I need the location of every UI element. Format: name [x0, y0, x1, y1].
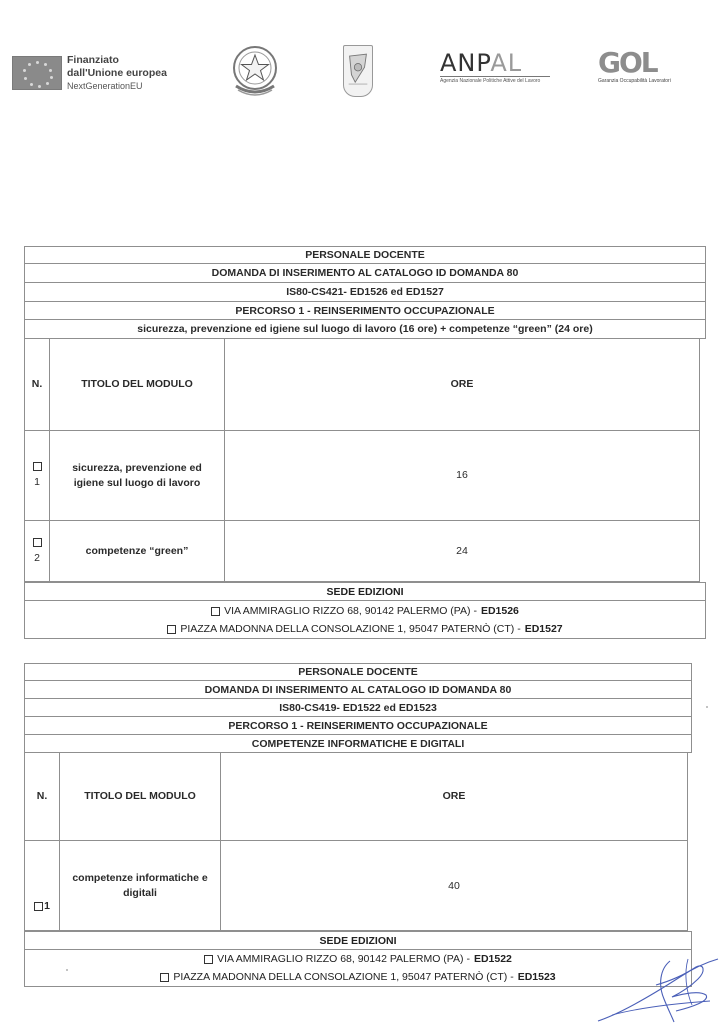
table1-address-palermo: VIA AMMIRAGLIO RIZZO 68, 90142 PALERMO (… — [25, 602, 705, 620]
table1-address-paterno-edition: ED1527 — [525, 623, 563, 635]
gol-subtitle: Garanzia Occupabilità Lavoratori — [598, 78, 678, 84]
table1-header-percorso: PERCORSO 1 - REINSERIMENTO OCCUPAZIONALE — [24, 302, 706, 320]
table1-row1-checkbox[interactable] — [33, 462, 42, 471]
table1-sede-edizioni: SEDE EDIZIONI VIA AMMIRAGLIO RIZZO 68, 9… — [24, 582, 706, 639]
table2-row1-titolo: competenze informatiche e digitali — [60, 841, 221, 931]
table1-row1-ore: 16 — [225, 431, 699, 521]
table2-col-n: N. — [25, 753, 60, 841]
table2-col-ore: ORE — [221, 753, 687, 841]
table2-row1-number: 1 — [25, 841, 60, 931]
table1-row2-number: 2 — [25, 521, 50, 582]
table1-row2-n: 2 — [34, 551, 40, 566]
table1-address-palermo-text: VIA AMMIRAGLIO RIZZO 68, 90142 PALERMO (… — [224, 605, 477, 617]
table2-header-domanda: DOMANDA DI INSERIMENTO AL CATALOGO ID DO… — [24, 681, 692, 699]
table-domanda-cs419: PERSONALE DOCENTE DOMANDA DI INSERIMENTO… — [24, 663, 692, 987]
table1-header-personale: PERSONALE DOCENTE — [24, 246, 706, 264]
eu-line-3: NextGenerationEU — [67, 80, 167, 93]
table2-col-titolo: TITOLO DEL MODULO — [60, 753, 221, 841]
table2-header-subject: COMPETENZE INFORMATICHE E DIGITALI — [24, 735, 692, 753]
table1-address-paterno: PIAZZA MADONNA DELLA CONSOLAZIONE 1, 950… — [25, 620, 705, 638]
logo-header: Finanziato dall'Unione europea NextGener… — [0, 0, 724, 110]
table2-header-percorso: PERCORSO 1 - REINSERIMENTO OCCUPAZIONALE — [24, 717, 692, 735]
table2-modules-grid: N. TITOLO DEL MODULO ORE 1 competenze in… — [24, 753, 688, 931]
table1-row2-titolo: competenze “green” — [50, 521, 225, 582]
table1-row2-ore: 24 — [225, 521, 699, 582]
table1-col-n: N. — [25, 339, 50, 431]
anpal-word-a: ANP — [440, 49, 490, 77]
table1-row1-titolo: sicurezza, prevenzione ed igiene sul luo… — [50, 431, 225, 521]
table1-row2-checkbox[interactable] — [33, 538, 42, 547]
anpal-logo: ANPAL Agenzia Nazionale Politiche Attive… — [440, 50, 550, 90]
sicily-region-emblem-icon — [343, 45, 373, 97]
scan-speck — [66, 969, 68, 971]
table1-col-ore: ORE — [225, 339, 699, 431]
italian-republic-emblem-icon — [228, 42, 282, 98]
table2-address-palermo-text: VIA AMMIRAGLIO RIZZO 68, 90142 PALERMO (… — [217, 953, 470, 965]
table1-header-domanda: DOMANDA DI INSERIMENTO AL CATALOGO ID DO… — [24, 264, 706, 283]
table1-address-paterno-checkbox[interactable] — [167, 625, 176, 634]
gol-logo: GOL Garanzia Occupabilità Lavoratori — [598, 48, 678, 92]
signature-icon — [592, 955, 724, 1024]
table2-header-code: IS80-CS419- ED1522 ed ED1523 — [24, 699, 692, 717]
table2-address-paterno-text: PIAZZA MADONNA DELLA CONSOLAZIONE 1, 950… — [173, 971, 513, 983]
table2-row1-ore: 40 — [221, 841, 687, 931]
table2-header-personale: PERSONALE DOCENTE — [24, 663, 692, 681]
scan-speck — [706, 706, 708, 708]
table2-address-palermo-checkbox[interactable] — [204, 955, 213, 964]
table2-address-paterno-checkbox[interactable] — [160, 973, 169, 982]
anpal-word-b: AL — [490, 49, 522, 77]
table1-col-titolo: TITOLO DEL MODULO — [50, 339, 225, 431]
table2-row1-checkbox[interactable] — [34, 902, 43, 911]
table1-header-subject: sicurezza, prevenzione ed igiene sul luo… — [24, 320, 706, 339]
table2-sede-title: SEDE EDIZIONI — [25, 932, 691, 950]
eu-line-1: Finanziato — [67, 54, 167, 67]
eu-funding-text: Finanziato dall'Unione europea NextGener… — [67, 54, 167, 93]
table1-address-paterno-text: PIAZZA MADONNA DELLA CONSOLAZIONE 1, 950… — [180, 623, 520, 635]
anpal-subtitle: Agenzia Nazionale Politiche Attive del L… — [440, 76, 550, 84]
table2-address-paterno-edition: ED1523 — [518, 971, 556, 983]
table-domanda-cs421: PERSONALE DOCENTE DOMANDA DI INSERIMENTO… — [24, 246, 706, 639]
table1-header-code: IS80-CS421- ED1526 ed ED1527 — [24, 283, 706, 302]
table1-sede-title: SEDE EDIZIONI — [25, 583, 705, 601]
table1-address-palermo-checkbox[interactable] — [211, 607, 220, 616]
eu-line-2: dall'Unione europea — [67, 67, 167, 80]
gol-word: GOL — [598, 48, 678, 78]
table1-modules-grid: N. TITOLO DEL MODULO ORE 1 sicurezza, pr… — [24, 339, 700, 582]
table1-row1-n: 1 — [34, 475, 40, 490]
table1-row1-number: 1 — [25, 431, 50, 521]
table2-row1-n: 1 — [44, 899, 50, 914]
eu-flag-icon — [12, 56, 62, 90]
table1-address-palermo-edition: ED1526 — [481, 605, 519, 617]
table2-address-palermo-edition: ED1522 — [474, 953, 512, 965]
